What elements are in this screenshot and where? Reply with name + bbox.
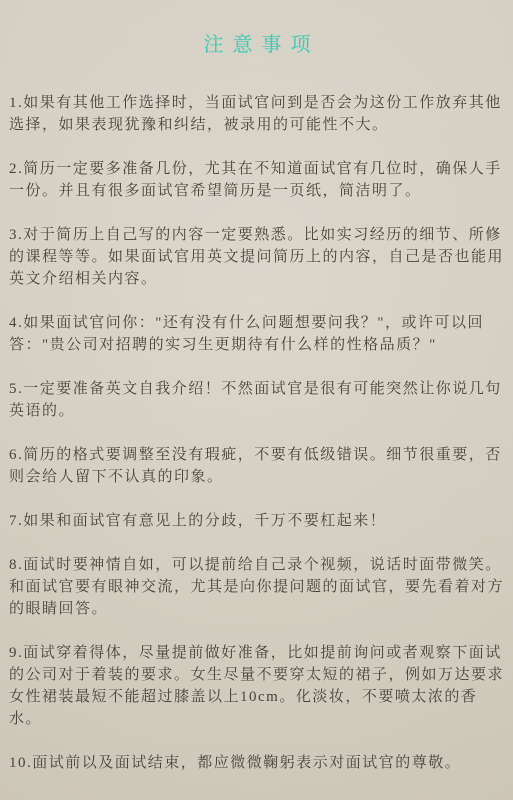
- notes-list: 1.如果有其他工作选择时，当面试官问到是否会为这份工作放弃其他选择，如果表现犹豫…: [9, 92, 505, 774]
- note-item-7: 7.如果和面试官有意见上的分歧，千万不要杠起来！: [9, 510, 505, 532]
- note-item-2: 2.简历一定要多准备几份，尤其在不知道面试官有几位时，确保人手一份。并且有很多面…: [9, 158, 505, 202]
- note-item-1: 1.如果有其他工作选择时，当面试官问到是否会为这份工作放弃其他选择，如果表现犹豫…: [9, 92, 505, 136]
- note-item-6: 6.简历的格式要调整至没有瑕疵，不要有低级错误。细节很重要，否则会给人留下不认真…: [9, 444, 505, 488]
- note-item-5: 5.一定要准备英文自我介绍！不然面试官是很有可能突然让你说几句英语的。: [9, 378, 505, 422]
- note-item-3: 3.对于简历上自己写的内容一定要熟悉。比如实习经历的细节、所修的课程等等。如果面…: [9, 224, 505, 290]
- notes-page: 注意事项 1.如果有其他工作选择时，当面试官问到是否会为这份工作放弃其他选择，如…: [0, 0, 513, 800]
- note-item-8: 8.面试时要神情自如，可以提前给自己录个视频，说话时面带微笑。和面试官要有眼神交…: [9, 554, 505, 620]
- page-title: 注意事项: [9, 32, 505, 58]
- note-item-9: 9.面试穿着得体，尽量提前做好准备，比如提前询问或者观察下面试的公司对于着装的要…: [9, 642, 505, 730]
- note-item-10: 10.面试前以及面试结束，都应微微鞠躬表示对面试官的尊敬。: [9, 752, 505, 774]
- note-item-4: 4.如果面试官问你："还有没有什么问题想要问我？"，或许可以回答："贵公司对招聘…: [9, 312, 505, 356]
